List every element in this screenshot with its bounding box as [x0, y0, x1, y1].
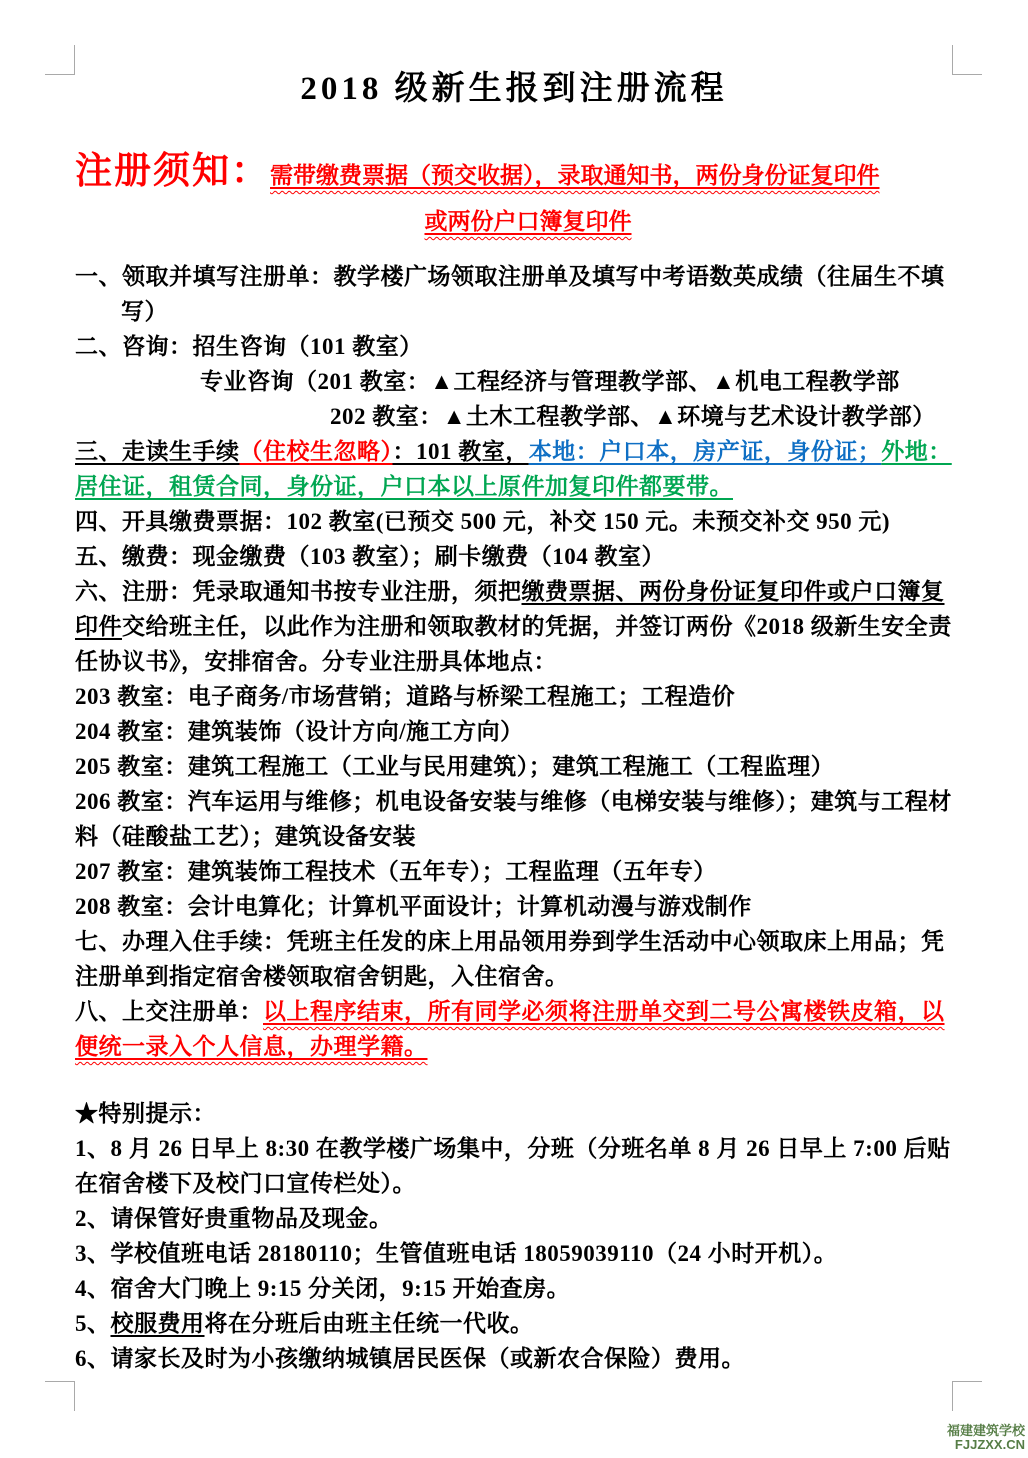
- room-203-majors: 203 教室：电子商务/市场营销；道路与桥梁工程施工；工程造价: [75, 679, 953, 714]
- notice-text-line-2: 或两份户口簿复印件: [425, 209, 632, 234]
- step-6-lead: 六、注册：凭录取通知书按专业注册，须把: [75, 579, 522, 604]
- step-5-payment: 五、缴费：现金缴费（103 教室）；刷卡缴费（104 教室）: [75, 539, 953, 574]
- step-2-major-consult-room-201: 专业咨询（201 教室：▲工程经济与管理教学部、▲机电工程教学部: [75, 364, 953, 399]
- step-6-rest: 交给班主任，以此作为注册和领取教材的凭据，并签订两份《2018 级新生安全责任协…: [75, 614, 952, 674]
- tip-4-dorm-curfew: 4、宿舍大门晚上 9:15 分关闭，9:15 开始查房。: [75, 1271, 953, 1306]
- step-2-major-consult-room-202: 202 教室：▲土木工程教学部、▲环境与艺术设计教学部）: [75, 399, 953, 434]
- text-boundary-mark-bottom-left: [45, 1381, 75, 1411]
- notice-text-wavy-wrap-2: 或两份户口簿复印件: [425, 209, 632, 234]
- tip-5-number: 5、: [75, 1311, 111, 1336]
- text-boundary-mark-bottom-right: [952, 1381, 982, 1411]
- step-2-consult: 二、咨询：招生咨询（101 教室）: [75, 329, 953, 364]
- tip-1-assembly: 1、8 月 26 日早上 8:30 在教学楼广场集中，分班（分班名单 8 月 2…: [75, 1131, 953, 1201]
- notice-label: 注册须知：: [75, 151, 270, 192]
- document-content: 2018 级新生报到注册流程 注册须知：需带缴费票据（预交收据），录取通知书，两…: [75, 62, 953, 1376]
- tip-5-uniform-label: 校服费用: [111, 1311, 205, 1336]
- step-3-day-student: 三、走读生手续（住校生忽略）：101 教室，本地：户口本，房产证，身份证；外地：…: [75, 434, 953, 504]
- document-page: 2018 级新生报到注册流程 注册须知：需带缴费票据（预交收据），录取通知书，两…: [0, 0, 1028, 1458]
- step-1-collect-form: 一、领取并填写注册单：教学楼广场领取注册单及填写中考语数英成绩（往届生不填写）: [75, 259, 953, 329]
- room-207-majors: 207 教室：建筑装饰工程技术（五年专）；工程监理（五年专）: [75, 854, 953, 889]
- notice-line-2: 或两份户口簿复印件: [89, 202, 967, 245]
- tip-2-valuables: 2、请保管好贵重物品及现金。: [75, 1201, 953, 1236]
- step-4-invoice: 四、开具缴费票据：102 教室(已预交 500 元，补交 150 元。未预交补交…: [75, 504, 953, 539]
- step-3-room: ：101 教室，: [393, 439, 529, 464]
- text-boundary-mark-top-left: [45, 45, 75, 75]
- step-8-lead: 八、上交注册单：: [75, 999, 263, 1024]
- notice-text-wavy-wrap: 需带缴费票据（预交收据），录取通知书，两份身份证复印件: [270, 163, 880, 188]
- room-204-majors: 204 教室：建筑装饰（设计方向/施工方向）: [75, 714, 953, 749]
- tip-5-rest: 将在分班后由班主任统一代收。: [205, 1311, 534, 1336]
- page-title: 2018 级新生报到注册流程: [75, 62, 953, 109]
- tip-5-uniform-fee: 5、校服费用将在分班后由班主任统一代收。: [75, 1306, 953, 1341]
- room-208-majors: 208 教室：会计电算化；计算机平面设计；计算机动漫与游戏制作: [75, 889, 953, 924]
- step-7-check-in: 七、办理入住手续：凭班主任发的床上用品领用券到学生活动中心领取床上用品；凭注册单…: [75, 924, 953, 994]
- step-8-submit-form: 八、上交注册单：以上程序结束，所有同学必须将注册单交到二号公寓楼铁皮箱，以便统一…: [75, 994, 953, 1064]
- tip-6-medical-insurance: 6、请家长及时为小孩缴纳城镇居民医保（或新农合保险）费用。: [75, 1341, 953, 1376]
- notice-text-line-1: 需带缴费票据（预交收据），录取通知书，两份身份证复印件: [270, 163, 880, 188]
- step-3-local-docs: 本地：户口本，房产证，身份证；: [529, 439, 882, 464]
- text-boundary-mark-top-right: [952, 45, 982, 75]
- watermark-site-url: FJJZXX.CN: [947, 1438, 1025, 1452]
- tip-3-phones: 3、学校值班电话 28180110；生管值班电话 18059039110（24 …: [75, 1236, 953, 1271]
- step-3-boarder-ignore: （住校生忽略）: [240, 439, 393, 464]
- notice-line-1: 注册须知：需带缴费票据（预交收据），录取通知书，两份身份证复印件: [75, 149, 953, 202]
- room-206-majors: 206 教室：汽车运用与维修；机电设备安装与维修（电梯安装与维修）；建筑与工程材…: [75, 784, 953, 854]
- step-3-lead: 三、走读生手续: [75, 439, 240, 464]
- step-6-register: 六、注册：凭录取通知书按专业注册，须把缴费票据、两份身份证复印件或户口簿复印件交…: [75, 574, 953, 679]
- room-205-majors: 205 教室：建筑工程施工（工业与民用建筑）；建筑工程施工（工程监理）: [75, 749, 953, 784]
- watermark-school-name: 福建建筑学校: [947, 1424, 1025, 1438]
- site-watermark: 福建建筑学校 FJJZXX.CN: [947, 1424, 1025, 1452]
- special-tips-header: ★特别提示：: [75, 1096, 953, 1131]
- registration-notice: 注册须知：需带缴费票据（预交收据），录取通知书，两份身份证复印件 或两份户口簿复…: [75, 149, 953, 245]
